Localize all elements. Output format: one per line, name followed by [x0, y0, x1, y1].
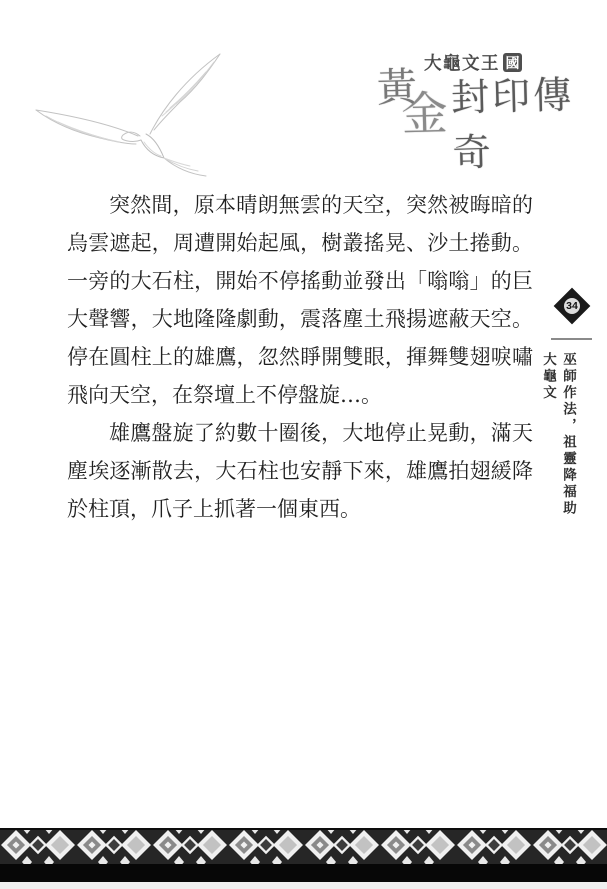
eagle-illustration-icon — [22, 42, 242, 182]
story-paragraph-1: 突然間，原本晴朗無雲的天空，突然被晦暗的烏雲遮起，周遭開始起風，樹叢搖晃、沙土捲… — [67, 186, 533, 414]
sidebar-divider — [551, 338, 592, 340]
page-number: 34 — [566, 300, 578, 312]
chapter-caption: 巫師作法，祖靈降福助大龜文 — [556, 352, 578, 522]
page-number-circle: 34 — [564, 298, 580, 314]
story-text: 突然間，原本晴朗無雲的天空，突然被晦暗的烏雲遮起，周遭開始起風，樹叢搖晃、沙土捲… — [67, 186, 533, 528]
book-title-rest: 封印傳奇 — [450, 63, 594, 177]
page-number-badge: 34 — [554, 288, 591, 325]
story-paragraph-2: 雄鷹盤旋了約數十圈後，大地停止晃動，滿天塵埃逐漸散去，大石柱也安靜下來，雄鷹拍翅… — [67, 414, 533, 528]
footer-diamond-border — [0, 828, 607, 889]
book-title-char-jin: 金 — [401, 77, 449, 144]
book-title: 黃 金 封印傳奇 — [376, 47, 593, 133]
book-page: 大龜文王 國 黃 金 封印傳奇 突然間，原本晴朗無雲的天空，突然被晦暗的烏雲遮起… — [0, 0, 607, 889]
